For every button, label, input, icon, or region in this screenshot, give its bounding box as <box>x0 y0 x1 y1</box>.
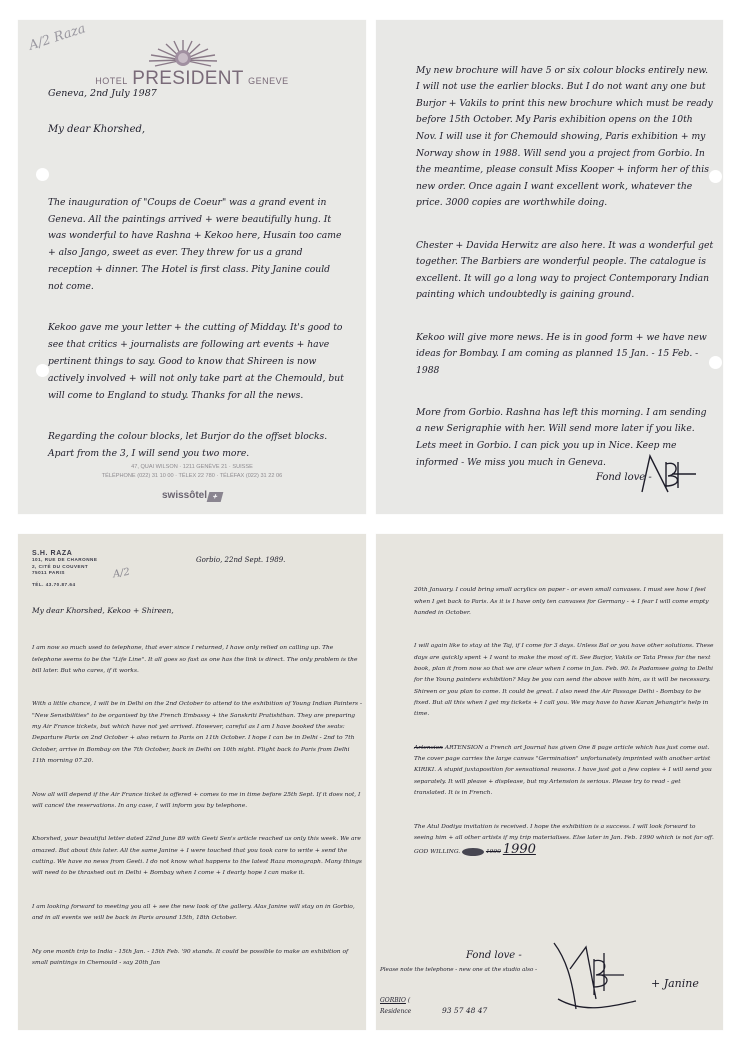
hotel-address-footer: 47, QUAI WILSON · 1211 GENÈVE 21 · SUISS… <box>18 463 366 481</box>
archive-pencil-note: A/2 <box>112 567 131 581</box>
punch-hole <box>709 356 722 369</box>
letterhead-telephone: TÉL. 43.70.87.64 <box>32 582 97 587</box>
telephone-note: Please note the telephone - new one at t… <box>380 966 550 975</box>
letter-1987-page-1: A/2 Raza HOTEL PRESIDENT GENEVE Geneva, … <box>18 20 366 514</box>
paragraph-text: ARTENSION a French art Journal has given… <box>414 745 712 796</box>
hotel-letterhead: HOTEL PRESIDENT GENEVE <box>18 68 366 90</box>
paragraph: With a little chance, I will be in Delhi… <box>32 699 362 767</box>
paragraph: My one month trip to India - 15th Jan. -… <box>32 947 362 970</box>
punch-hole <box>36 168 49 181</box>
letterhead-address-line: 75011 PARIS <box>32 570 97 577</box>
paragraph: Now all will depend if the Air France ti… <box>32 790 362 813</box>
struck-word: Artension <box>414 745 443 751</box>
cosignature: + Janine <box>651 977 699 990</box>
salutation: My dear Khorshed, <box>48 124 145 135</box>
phone-row: GORBIO ( Residence93 57 48 47 <box>380 995 487 1017</box>
brand-name: swissôtel <box>162 490 207 501</box>
paragraph: The inauguration of "Coups de Coeur" was… <box>48 195 348 296</box>
paragraph: Kekoo will give more news. He is in good… <box>416 330 714 380</box>
paragraph-text: The Atul Dodiya invitation is received. … <box>414 824 714 856</box>
corrected-year: 1990 <box>503 842 536 857</box>
phone-number: 93 57 48 47 <box>442 1006 487 1015</box>
letterhead-address-line: 101, RUE DE CHARONNE <box>32 557 97 564</box>
struck-year: 1990 <box>486 849 501 855</box>
letter-date: Gorbio, 22nd Sept. 1989. <box>196 556 285 564</box>
paragraph: I am looking forward to meeting you all … <box>32 902 362 925</box>
swissotel-logo: swissôtel+ <box>18 490 366 502</box>
phone-row: Studio93 57 66 42 <box>380 1028 487 1030</box>
phone-label: Residence <box>380 1008 411 1015</box>
letter-1989-page-1: S.H. RAZA 101, RUE DE CHARONNE 2, CITÉ D… <box>18 534 366 1030</box>
paragraph: Regarding the colour blocks, let Burjor … <box>48 429 348 463</box>
salutation: My dear Khorshed, Kekoo + Shireen, <box>32 606 174 615</box>
sunburst-logo-icon <box>146 38 220 70</box>
letter-date: Geneva, 2nd July 1987 <box>48 88 157 99</box>
punch-hole <box>709 170 722 183</box>
paragraph: Khorshed, your beautiful letter dated 22… <box>32 834 362 879</box>
letterhead-name: S.H. RAZA <box>32 550 97 557</box>
phone-number: 93 57 66 42 <box>442 1029 487 1030</box>
hotel-contacts: TÉLÉPHONE (022) 31 10 00 · TÉLEX 22 780 … <box>18 472 366 481</box>
paragraph: My new brochure will have 5 or six colou… <box>416 63 714 212</box>
letter-1989-page-2: 20th January. I could bring small acryli… <box>376 534 723 1030</box>
paragraph: Kekoo gave me your letter + the cutting … <box>48 320 348 404</box>
paragraph: Chester + Davida Herwitz are also here. … <box>416 238 714 304</box>
paragraph: I will again like to stay at the Taj, if… <box>414 641 714 720</box>
archive-pencil-note: A/2 Raza <box>27 21 87 53</box>
closing: Fond love - <box>466 950 522 961</box>
letter-body: I am now so much used to telephone, that… <box>32 632 362 981</box>
swiss-cross-icon: + <box>207 492 224 502</box>
paragraph: The Atul Dodiya invitation is received. … <box>414 822 714 859</box>
scribbled-out-mark <box>462 848 484 856</box>
letter-body: My new brochure will have 5 or six colou… <box>416 46 714 488</box>
raza-letterhead: S.H. RAZA 101, RUE DE CHARONNE 2, CITÉ D… <box>32 550 97 587</box>
hotel-address: 47, QUAI WILSON · 1211 GENÈVE 21 · SUISS… <box>18 463 366 472</box>
paragraph: 20th January. I could bring small acryli… <box>414 585 714 619</box>
letterhead-hotel-name: PRESIDENT <box>132 68 243 89</box>
raza-signature-icon <box>638 452 698 496</box>
paragraph: I am now so much used to telephone, that… <box>32 643 362 677</box>
letter-1987-page-2: My new brochure will have 5 or six colou… <box>376 20 723 514</box>
phone-list: GORBIO ( Residence93 57 48 47 Studio93 5… <box>380 984 487 1030</box>
paragraph: Artension ARTENSION a French art Journal… <box>414 743 714 799</box>
letter-body: 20th January. I could bring small acryli… <box>414 574 714 870</box>
letterhead-prefix: HOTEL <box>95 76 128 86</box>
raza-signature-icon <box>546 939 656 1019</box>
phone-place: GORBIO <box>380 997 406 1004</box>
letterhead-city: GENEVE <box>248 76 289 86</box>
punch-hole <box>36 364 49 377</box>
letter-body: The inauguration of "Coups de Coeur" was… <box>48 178 348 480</box>
